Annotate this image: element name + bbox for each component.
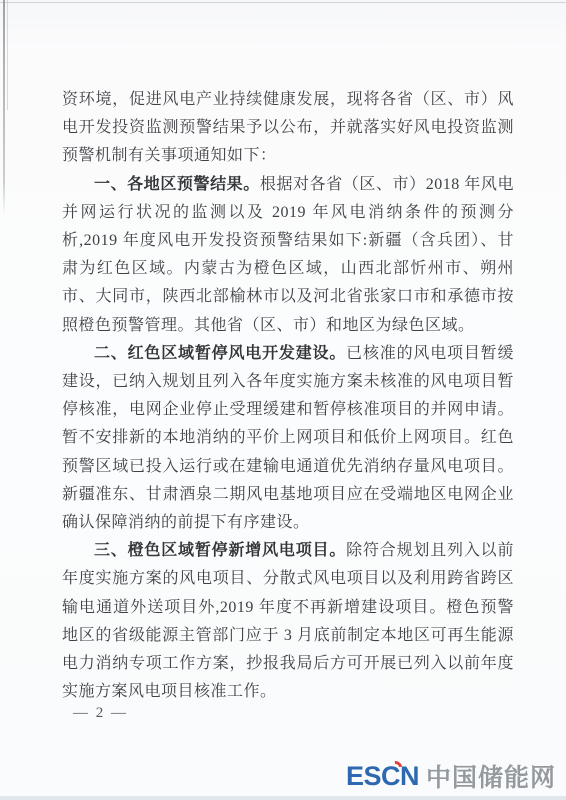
section-2-text: 已核准的风电项目暂缓建设，已纳入规划且列入各年度实施方案未核准的风电项目暂停核准…	[62, 345, 514, 531]
section-1-heading: 一、各地区预警结果。	[94, 176, 260, 193]
escn-logo-n: N	[400, 761, 419, 791]
scan-artifact-left-line-2	[7, 0, 8, 110]
paragraph-section-1: 一、各地区预警结果。根据对各省（区、市）2018 年风电并网运行状况的监测以及 …	[62, 171, 514, 340]
section-2-heading: 二、红色区域暂停风电开发建设。	[94, 345, 346, 362]
scan-artifact-left-line	[3, 0, 5, 215]
paragraph-section-3: 三、橙色区域暂停新增风电项目。除符合规划且列入以前年度实施方案的风电项目、分散式…	[62, 537, 514, 706]
document-body: 资环境，促进风电产业持续健康发展，现将各省（区、市）风电开发投资监测预警结果予以…	[62, 86, 514, 706]
scan-artifact-top-line	[0, 2, 566, 3]
escn-watermark-logo: ESCN 中国储能网	[346, 758, 556, 794]
page-number: — 2 —	[73, 705, 128, 722]
escn-logo-latin: ESCN	[346, 761, 419, 792]
scan-artifact-bottom-strip	[0, 796, 566, 800]
escn-logo-es: ES	[346, 761, 381, 791]
paragraph-continuation: 资环境，促进风电产业持续健康发展，现将各省（区、市）风电开发投资监测预警结果予以…	[62, 86, 514, 171]
section-3-heading: 三、橙色区域暂停新增风电项目。	[94, 542, 346, 559]
section-3-text: 除符合规划且列入以前年度实施方案的风电项目、分散式风电项目以及利用跨省跨区输电通…	[62, 542, 514, 700]
escn-logo-c: C	[381, 761, 400, 792]
escn-logo-chinese: 中国储能网	[426, 758, 556, 794]
section-1-text: 根据对各省（区、市）2018 年风电并网运行状况的监测以及 2019 年风电消纳…	[62, 176, 514, 334]
scanned-document-page: 资环境，促进风电产业持续健康发展，现将各省（区、市）风电开发投资监测预警结果予以…	[0, 0, 566, 800]
paragraph-section-2: 二、红色区域暂停风电开发建设。已核准的风电项目暂缓建设，已纳入规划且列入各年度实…	[62, 340, 514, 537]
